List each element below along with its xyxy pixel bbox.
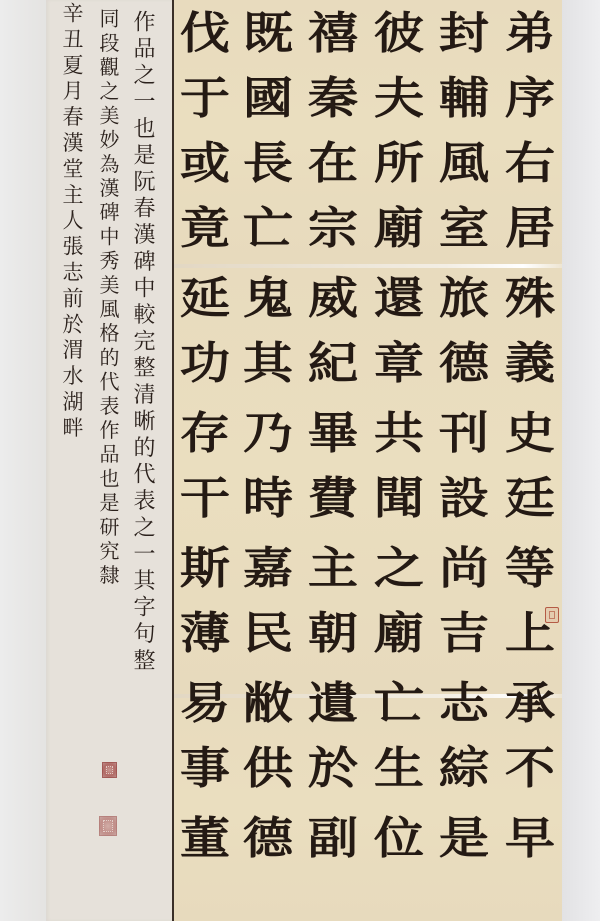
calligraphy-character: 干 [170,475,241,523]
calligraphy-character: 董 [170,815,241,863]
calligraphy-character: 竟 [170,205,241,253]
calligraphy-character: 綜 [429,745,500,793]
calligraphy-character: 廟 [364,205,435,253]
calligraphy-character: 所 [364,140,435,188]
calligraphy-character: 在 [298,140,369,188]
calligraphy-character: 之 [364,545,435,593]
calligraphy-character: 時 [233,475,304,523]
inscription-panel: 作品之一也是阮春漢碑中較完整清晰的代表之一其字句整 同段觀之美妙為漢碑中秀美風格… [46,0,173,921]
calligraphy-character: 德 [233,815,304,863]
calligraphy-character: 朝 [298,610,369,658]
calligraphy-character: 嘉 [233,545,304,593]
calligraphy-character: 右 [495,140,566,188]
calligraphy-character: 鬼 [233,275,304,323]
calligraphy-character: 承 [495,680,566,728]
calligraphy-character: 畢 [298,410,369,458]
calligraphy-character: 是 [429,815,500,863]
calligraphy-character: 薄 [170,610,241,658]
calligraphy-character: 既 [233,10,304,58]
calligraphy-character: 居 [495,205,566,253]
calligraphy-character: 亡 [233,205,304,253]
calligraphy-character: 史 [495,410,566,458]
calligraphy-character: 供 [233,745,304,793]
wall-background-left [0,0,48,921]
calligraphy-character: 章 [364,340,435,388]
calligraphy-character: 輔 [429,75,500,123]
calligraphy-character: 廷 [495,475,566,523]
calligraphy-character: 斯 [170,545,241,593]
calligraphy-character: 秦 [298,75,369,123]
calligraphy-character: 費 [298,475,369,523]
calligraphy-character: 早 [495,815,566,863]
calligraphy-character: 禧 [298,10,369,58]
calligraphy-character: 還 [364,275,435,323]
main-calligraphy-panel: 弟序右居殊義史廷等上承不早封輔風室旅德刊設尚吉志綜是彼夫所廟還章共聞之廟亡生位禧… [174,0,562,921]
seal-icon [102,762,117,778]
calligraphy-character: 其 [233,340,304,388]
text-column-5: 既國長亡鬼其乃時嘉民敝供德 [237,0,299,921]
inscription-column-3: 辛丑夏月春漢堂主人張志前於渭水湖畔 [61,2,82,442]
calligraphy-character: 刊 [429,410,500,458]
calligraphy-character: 長 [233,140,304,188]
calligraphy-character: 功 [170,340,241,388]
calligraphy-character: 聞 [364,475,435,523]
calligraphy-character: 夫 [364,75,435,123]
calligraphy-character: 等 [495,545,566,593]
calligraphy-character: 志 [429,680,500,728]
calligraphy-character: 義 [495,340,566,388]
calligraphy-character: 旅 [429,275,500,323]
calligraphy-character: 亡 [364,680,435,728]
calligraphy-character: 敝 [233,680,304,728]
calligraphy-character: 副 [298,815,369,863]
calligraphy-character: 彼 [364,10,435,58]
calligraphy-character: 於 [298,745,369,793]
seal-icon [99,816,117,836]
calligraphy-character: 室 [429,205,500,253]
calligraphy-character: 宗 [298,205,369,253]
calligraphy-character: 主 [298,545,369,593]
calligraphy-character: 存 [170,410,241,458]
inscription-column-2: 同段觀之美妙為漢碑中秀美風格的代表作品也是研究隸 [98,8,118,589]
calligraphy-character: 易 [170,680,241,728]
calligraphy-character: 事 [170,745,241,793]
calligraphy-character: 民 [233,610,304,658]
calligraphy-character: 乃 [233,410,304,458]
character-grid: 弟序右居殊義史廷等上承不早封輔風室旅德刊設尚吉志綜是彼夫所廟還章共聞之廟亡生位禧… [174,0,562,921]
calligraphy-character: 紀 [298,340,369,388]
calligraphy-character: 序 [495,75,566,123]
text-column-2: 封輔風室旅德刊設尚吉志綜是 [433,0,495,921]
calligraphy-character: 廟 [364,610,435,658]
text-column-6: 伐于或竟延功存干斯薄易事董 [174,0,236,921]
text-column-1: 弟序右居殊義史廷等上承不早 [499,0,561,921]
calligraphy-character: 風 [429,140,500,188]
calligraphy-character: 威 [298,275,369,323]
calligraphy-character: 殊 [495,275,566,323]
calligraphy-character: 德 [429,340,500,388]
calligraphy-character: 設 [429,475,500,523]
text-column-4: 禧秦在宗威紀畢費主朝遺於副 [302,0,364,921]
calligraphy-character: 不 [495,745,566,793]
calligraphy-character: 共 [364,410,435,458]
calligraphy-character: 國 [233,75,304,123]
calligraphy-character: 遺 [298,680,369,728]
inscription-column-1: 作品之一也是阮春漢碑中較完整清晰的代表之一其字句整 [131,10,153,675]
calligraphy-character: 生 [364,745,435,793]
calligraphy-character: 弟 [495,10,566,58]
calligraphy-character: 或 [170,140,241,188]
seal-icon [545,607,559,623]
wall-background-right [562,0,600,921]
calligraphy-character: 吉 [429,610,500,658]
text-column-3: 彼夫所廟還章共聞之廟亡生位 [368,0,430,921]
calligraphy-character: 尚 [429,545,500,593]
calligraphy-character: 伐 [170,10,241,58]
calligraphy-character: 封 [429,10,500,58]
calligraphy-character: 于 [170,75,241,123]
calligraphy-character: 位 [364,815,435,863]
calligraphy-character: 延 [170,275,241,323]
